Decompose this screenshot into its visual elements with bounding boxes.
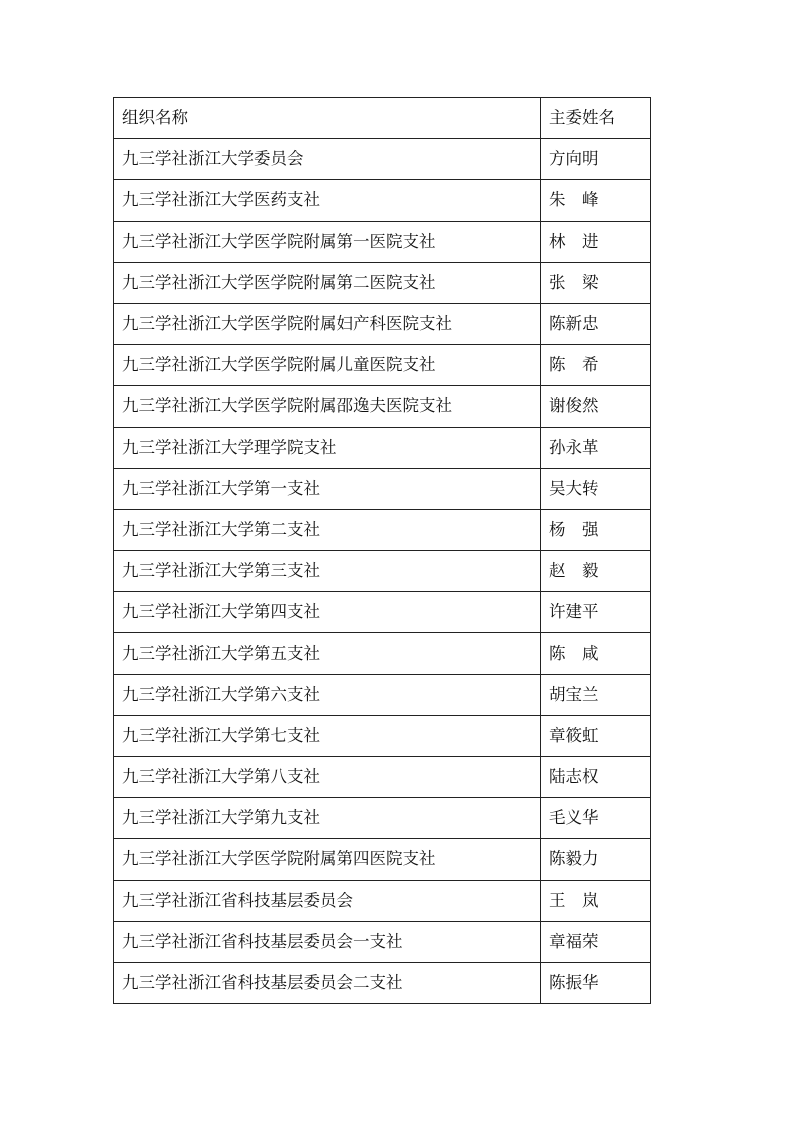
table-row: 九三学社浙江大学医药支社 朱 峰 <box>114 180 651 221</box>
table-row: 九三学社浙江大学第六支社 胡宝兰 <box>114 674 651 715</box>
org-cell: 九三学社浙江大学委员会 <box>114 139 541 180</box>
header-chair-name: 主委姓名 <box>541 98 651 139</box>
org-cell: 九三学社浙江大学第七支社 <box>114 715 541 756</box>
org-cell: 九三学社浙江大学医学院附属第四医院支社 <box>114 839 541 880</box>
table-row: 九三学社浙江大学第四支社 许建平 <box>114 592 651 633</box>
table-row: 九三学社浙江大学医学院附属儿童医院支社 陈 希 <box>114 345 651 386</box>
chair-cell: 毛义华 <box>541 798 651 839</box>
chair-cell: 赵 毅 <box>541 551 651 592</box>
chair-cell: 王 岚 <box>541 880 651 921</box>
chair-cell: 张 梁 <box>541 262 651 303</box>
chair-cell: 章筱虹 <box>541 715 651 756</box>
table-row: 九三学社浙江大学第一支社 吴大转 <box>114 468 651 509</box>
org-cell: 九三学社浙江大学第二支社 <box>114 509 541 550</box>
table-row: 九三学社浙江大学医学院附属第四医院支社 陈毅力 <box>114 839 651 880</box>
org-cell: 九三学社浙江大学第五支社 <box>114 633 541 674</box>
chair-cell: 章福荣 <box>541 921 651 962</box>
org-cell: 九三学社浙江大学第三支社 <box>114 551 541 592</box>
org-cell: 九三学社浙江大学医学院附属妇产科医院支社 <box>114 303 541 344</box>
chair-cell: 陈新忠 <box>541 303 651 344</box>
org-cell: 九三学社浙江大学医学院附属儿童医院支社 <box>114 345 541 386</box>
org-cell: 九三学社浙江省科技基层委员会 <box>114 880 541 921</box>
chair-cell: 陈 咸 <box>541 633 651 674</box>
table-row: 九三学社浙江大学第三支社 赵 毅 <box>114 551 651 592</box>
table-row: 九三学社浙江省科技基层委员会 王 岚 <box>114 880 651 921</box>
chair-cell: 朱 峰 <box>541 180 651 221</box>
org-cell: 九三学社浙江大学第一支社 <box>114 468 541 509</box>
org-cell: 九三学社浙江省科技基层委员会一支社 <box>114 921 541 962</box>
org-cell: 九三学社浙江大学第四支社 <box>114 592 541 633</box>
org-cell: 九三学社浙江大学医学院附属第一医院支社 <box>114 221 541 262</box>
org-cell: 九三学社浙江大学第六支社 <box>114 674 541 715</box>
table-row: 九三学社浙江大学医学院附属妇产科医院支社 陈新忠 <box>114 303 651 344</box>
chair-cell: 陆志权 <box>541 757 651 798</box>
chair-cell: 孙永革 <box>541 427 651 468</box>
table-row: 九三学社浙江省科技基层委员会一支社 章福荣 <box>114 921 651 962</box>
chair-cell: 吴大转 <box>541 468 651 509</box>
table-row: 九三学社浙江大学第二支社 杨 强 <box>114 509 651 550</box>
header-org-name: 组织名称 <box>114 98 541 139</box>
table-header-row: 组织名称 主委姓名 <box>114 98 651 139</box>
table-row: 九三学社浙江省科技基层委员会二支社 陈振华 <box>114 962 651 1003</box>
chair-cell: 杨 强 <box>541 509 651 550</box>
org-cell: 九三学社浙江大学第九支社 <box>114 798 541 839</box>
chair-cell: 谢俊然 <box>541 386 651 427</box>
org-cell: 九三学社浙江省科技基层委员会二支社 <box>114 962 541 1003</box>
table-row: 九三学社浙江大学委员会 方向明 <box>114 139 651 180</box>
chair-cell: 方向明 <box>541 139 651 180</box>
chair-cell: 许建平 <box>541 592 651 633</box>
chair-cell: 林 进 <box>541 221 651 262</box>
table-row: 九三学社浙江大学医学院附属邵逸夫医院支社 谢俊然 <box>114 386 651 427</box>
chair-cell: 陈振华 <box>541 962 651 1003</box>
org-cell: 九三学社浙江大学第八支社 <box>114 757 541 798</box>
chair-cell: 胡宝兰 <box>541 674 651 715</box>
chair-cell: 陈 希 <box>541 345 651 386</box>
table-row: 九三学社浙江大学第七支社 章筱虹 <box>114 715 651 756</box>
table-row: 九三学社浙江大学理学院支社 孙永革 <box>114 427 651 468</box>
table-row: 九三学社浙江大学医学院附属第一医院支社 林 进 <box>114 221 651 262</box>
table-row: 九三学社浙江大学第八支社 陆志权 <box>114 757 651 798</box>
chair-cell: 陈毅力 <box>541 839 651 880</box>
organization-chair-table: 组织名称 主委姓名 九三学社浙江大学委员会 方向明 九三学社浙江大学医药支社 朱… <box>113 97 651 1004</box>
table-row: 九三学社浙江大学第五支社 陈 咸 <box>114 633 651 674</box>
table-row: 九三学社浙江大学医学院附属第二医院支社 张 梁 <box>114 262 651 303</box>
org-cell: 九三学社浙江大学医学院附属邵逸夫医院支社 <box>114 386 541 427</box>
org-cell: 九三学社浙江大学医学院附属第二医院支社 <box>114 262 541 303</box>
table-row: 九三学社浙江大学第九支社 毛义华 <box>114 798 651 839</box>
org-cell: 九三学社浙江大学医药支社 <box>114 180 541 221</box>
org-cell: 九三学社浙江大学理学院支社 <box>114 427 541 468</box>
